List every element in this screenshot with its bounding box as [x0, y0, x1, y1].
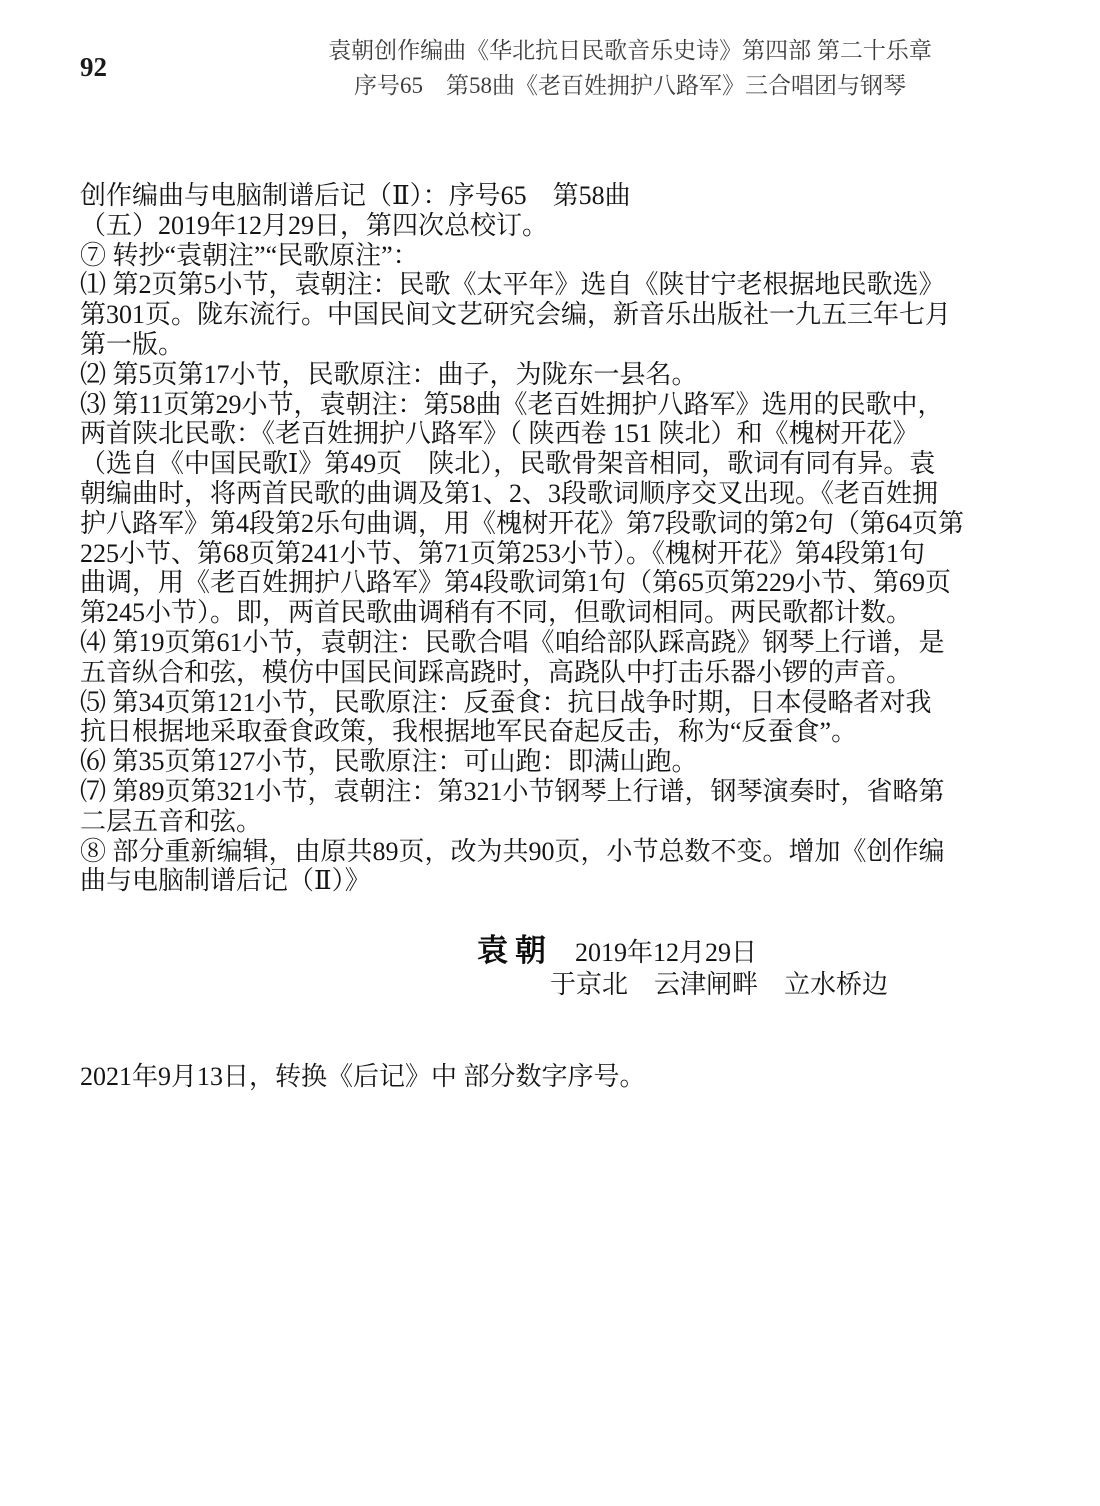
- body-line: 第一版。: [80, 330, 980, 360]
- postscript-body: 创作编曲与电脑制谱后记（Ⅱ）：序号65 第58曲 （五）2019年12月29日，…: [80, 181, 980, 896]
- body-line: ⑦ 转抄“袁朝注”“民歌原注”：: [80, 241, 980, 271]
- body-line: ⑴ 第2页第5小节，袁朝注：民歌《太平年》选自《陕甘宁老根据地民歌选》: [80, 270, 980, 300]
- body-line: ⑸ 第34页第121小节，民歌原注：反蚕食：抗日战争时期，日本侵略者对我: [80, 688, 980, 718]
- signature-name: 袁朝: [477, 925, 553, 970]
- body-line: 朝编曲时，将两首民歌的曲调及第1、2、3段歌词顺序交叉出现。《老百姓拥: [80, 479, 980, 509]
- body-line: 第245小节）。即，两首民歌曲调稍有不同，但歌词相同。两民歌都计数。: [80, 598, 980, 628]
- page-number: 92: [80, 52, 107, 83]
- body-line: 第301页。陇东流行。中国民间文艺研究会编，新音乐出版社一九五三年七月: [80, 300, 980, 330]
- body-line: （选自《中国民歌Ⅰ》第49页 陕北），民歌骨架音相同，歌词有同有异。袁: [80, 449, 980, 479]
- body-line: 225小节、第68页第241小节、第71页第253小节）。《槐树开花》第4段第1…: [80, 539, 980, 569]
- body-line: 二层五音和弦。: [80, 807, 980, 837]
- body-line: （五）2019年12月29日，第四次总校订。: [80, 211, 980, 241]
- body-line: ⑹ 第35页第127小节，民歌原注：可山跑：即满山跑。: [80, 747, 980, 777]
- body-line: 五音纵合和弦，模仿中国民间踩高跷时，高跷队中打击乐器小锣的声音。: [80, 658, 980, 688]
- body-line: 两首陕北民歌：《老百姓拥护八路军》（ 陕西卷 151 陕北）和《槐树开花》: [80, 419, 980, 449]
- body-line: 抗日根据地采取蚕食政策，我根据地军民奋起反击，称为“反蚕食”。: [80, 717, 980, 747]
- body-line: ⑵ 第5页第17小节，民歌原注：曲子，为陇东一县名。: [80, 360, 980, 390]
- running-header-line1: 袁朝创作编曲《华北抗日民歌音乐史诗》第四部 第二十乐章: [220, 33, 1040, 68]
- body-line: 护八路军》第4段第2乐句曲调，用《槐树开花》第7段歌词的第2句（第64页第: [80, 509, 980, 539]
- body-line: ⑶ 第11页第29小节，袁朝注：第58曲《老百姓拥护八路军》选用的民歌中，: [80, 390, 980, 420]
- running-header: 袁朝创作编曲《华北抗日民歌音乐史诗》第四部 第二十乐章 序号65 第58曲《老百…: [220, 33, 1040, 103]
- running-header-line2: 序号65 第58曲《老百姓拥护八路军》三合唱团与钢琴: [220, 68, 1040, 103]
- body-line: 曲调，用《老百姓拥护八路军》第4段歌词第1句（第65页第229小节、第69页: [80, 568, 980, 598]
- body-line: 曲与电脑制谱后记（Ⅱ）》: [80, 866, 980, 896]
- document-page: 92 袁朝创作编曲《华北抗日民歌音乐史诗》第四部 第二十乐章 序号65 第58曲…: [0, 0, 1100, 1506]
- body-line: ⑧ 部分重新编辑，由原共89页，改为共90页，小节总数不变。增加《创作编: [80, 837, 980, 867]
- body-line: ⑷ 第19页第61小节，袁朝注：民歌合唱《咱给部队踩高跷》钢琴上行谱，是: [80, 628, 980, 658]
- signature-place: 于京北 云津闸畔 立水桥边: [550, 964, 888, 1001]
- body-line: ⑺ 第89页第321小节，袁朝注：第321小节钢琴上行谱，钢琴演奏时，省略第: [80, 777, 980, 807]
- body-line: 创作编曲与电脑制谱后记（Ⅱ）：序号65 第58曲: [80, 181, 980, 211]
- footer-note: 2021年9月13日，转换《后记》中 部分数字序号。: [80, 1056, 646, 1093]
